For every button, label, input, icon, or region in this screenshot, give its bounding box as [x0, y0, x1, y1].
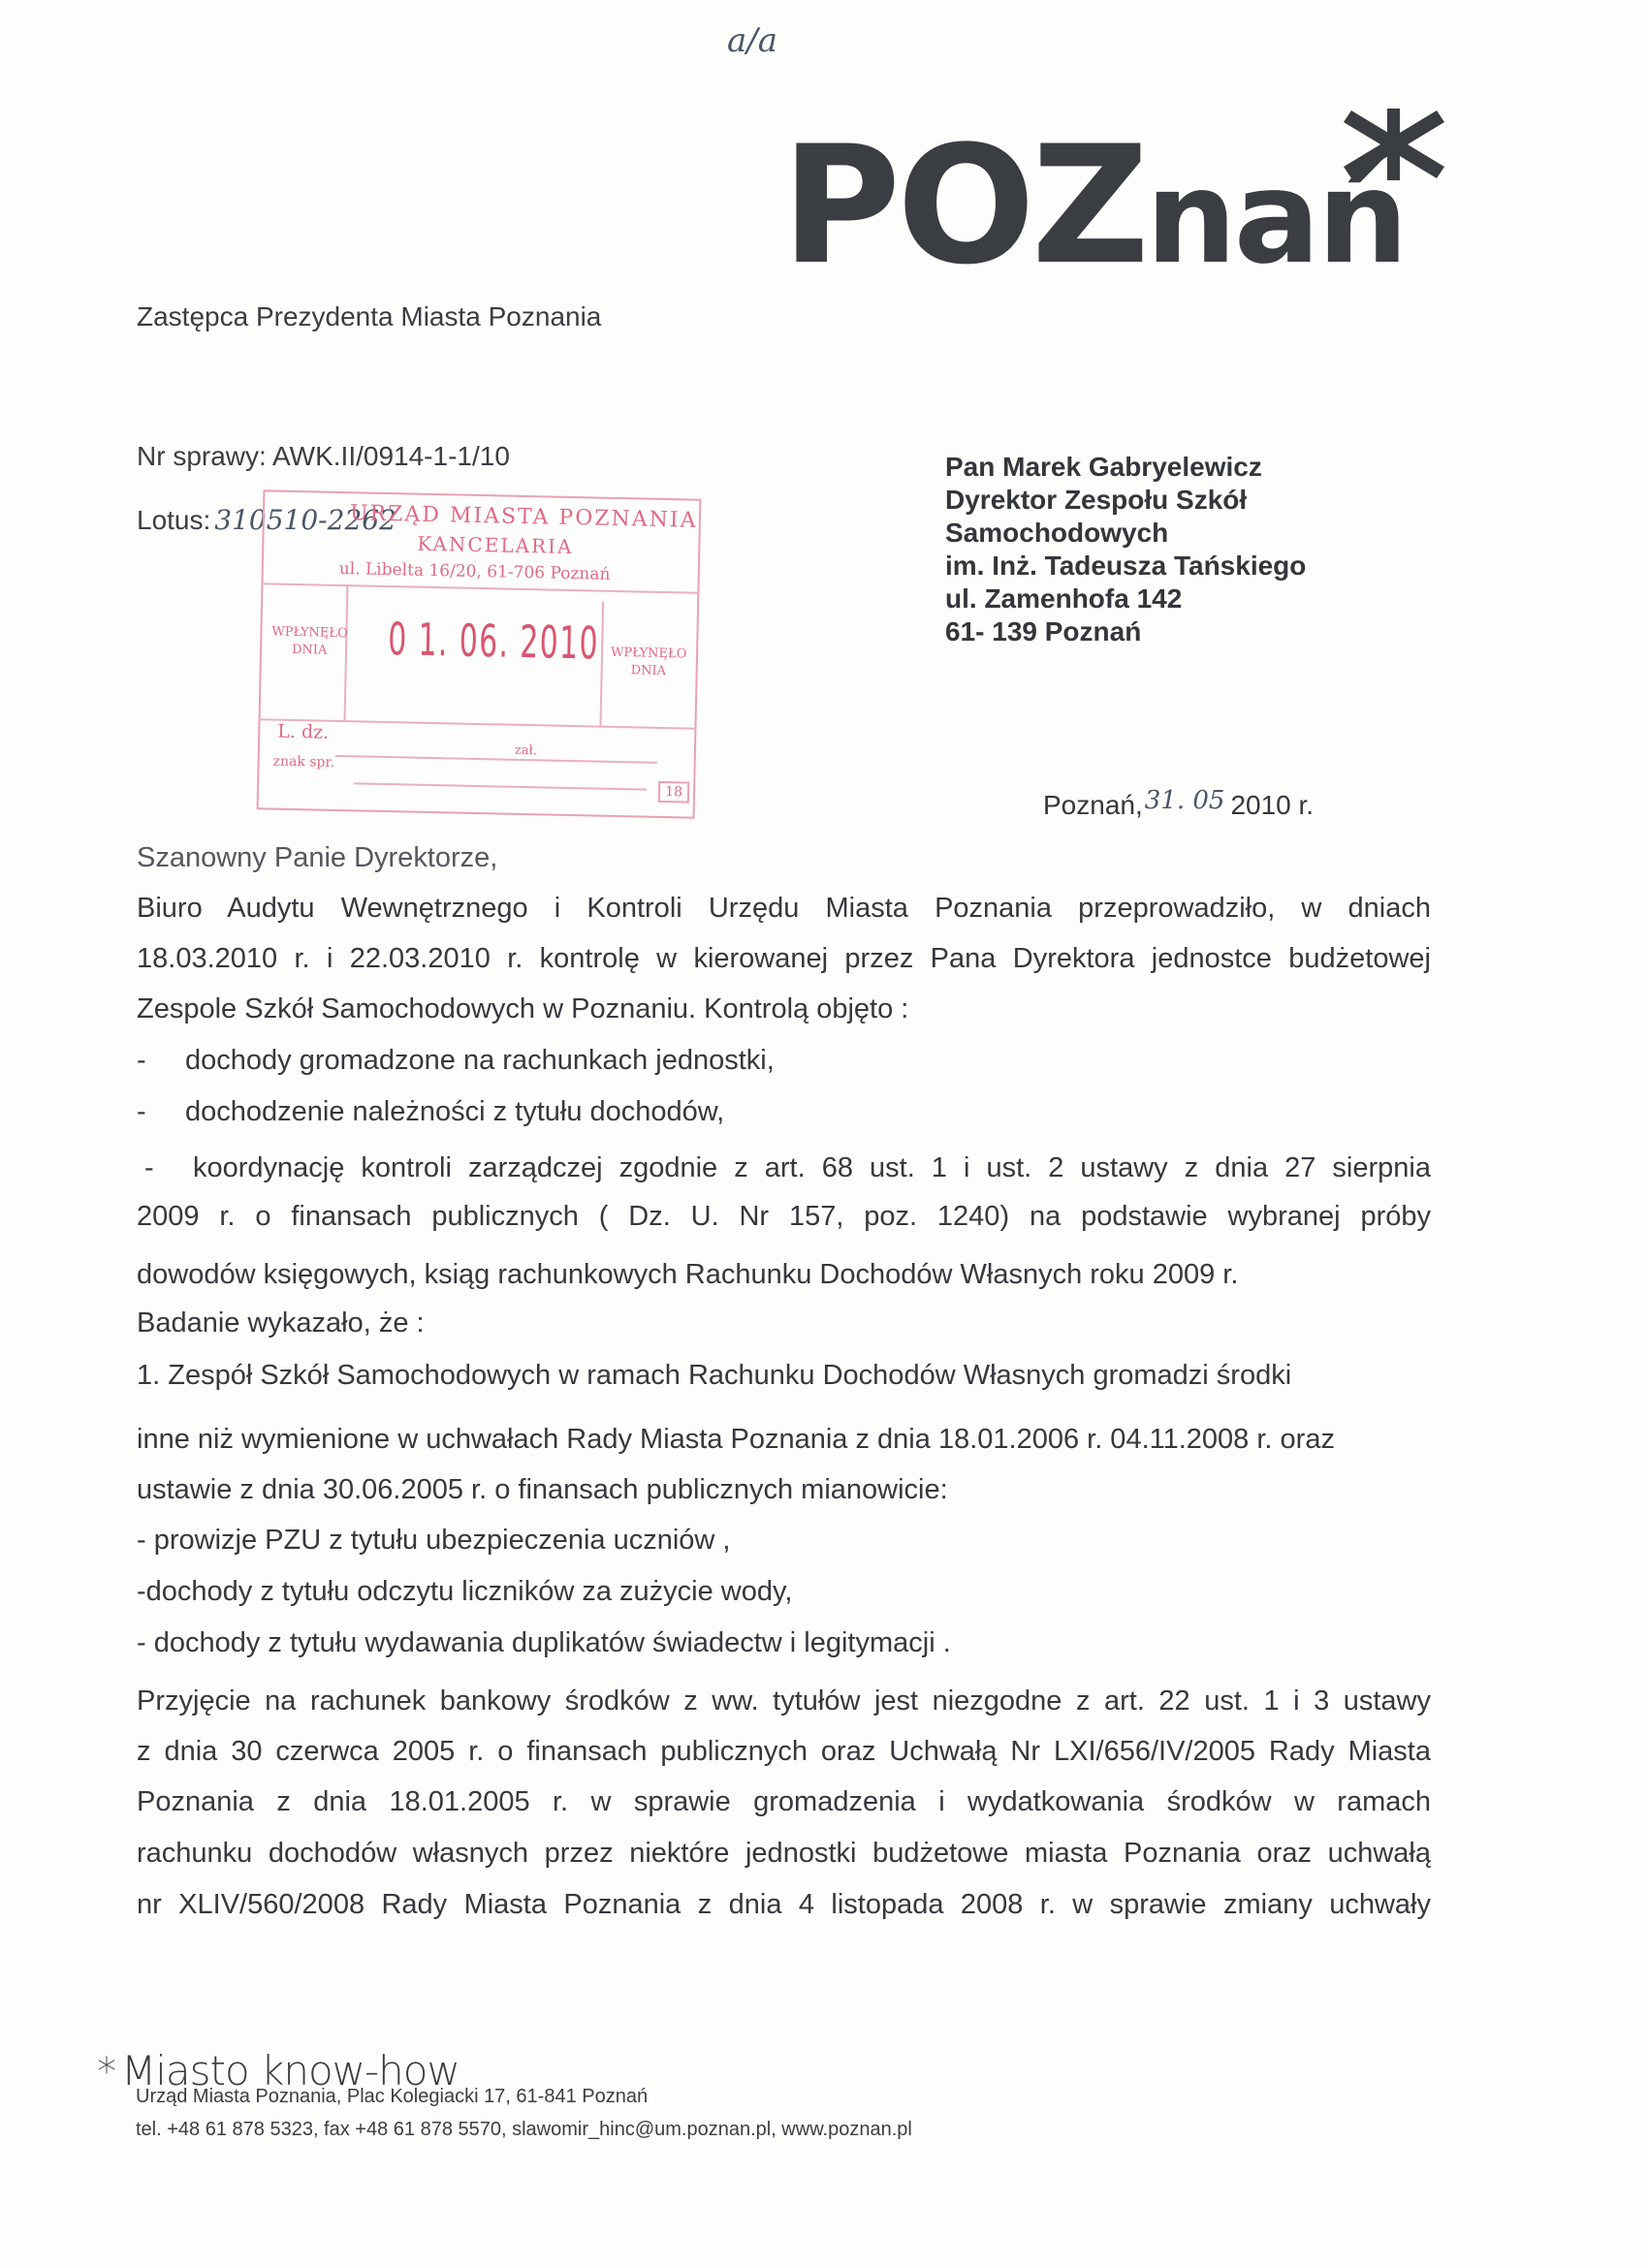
scope-item: -koordynację kontroli zarządczej zgodnie… [137, 1151, 1431, 1184]
body-line: rachunku dochodów własnych przez niektór… [137, 1837, 1431, 1870]
recipient-line: im. Inż. Tadeusza Tańskiego [945, 550, 1306, 583]
income-item: - dochody z tytułu wydawania duplikatów … [137, 1626, 1431, 1659]
recipient-name: Pan Marek Gabryelewicz [945, 451, 1306, 484]
recipient-line: Dyrektor Zespołu Szkół [945, 484, 1306, 517]
body-line: Poznania z dnia 18.01.2005 r. w sprawie … [137, 1785, 1431, 1818]
sender-title: Zastępca Prezydenta Miasta Poznania [137, 301, 601, 332]
footer-address: Urząd Miasta Poznania, Plac Kolegiacki 1… [136, 2086, 648, 2108]
finding-1: 1. Zespół Szkół Samochodowych w ramach R… [137, 1359, 1431, 1392]
body-line: ustawie z dnia 30.06.2005 r. o finansach… [137, 1473, 1431, 1506]
handwritten-annotation: a/a [727, 21, 777, 60]
body-line: z dnia 30 czerwca 2005 r. o finansach pu… [137, 1735, 1431, 1768]
body-line: nr XLIV/560/2008 Rady Miasta Poznania z … [137, 1888, 1431, 1921]
body-line: Biuro Audytu Wewnętrznego i Kontroli Urz… [137, 892, 1431, 925]
case-number: Nr sprawy: AWK.II/0914-1-1/10 [137, 441, 510, 472]
finding-intro: Badanie wykazało, że : [137, 1307, 1431, 1339]
stamp-dept: KANCELARIA [417, 532, 574, 558]
stamp-left-label: WPŁYNĘŁODNIA [271, 624, 348, 661]
letter-date: Poznań,31. 052010 r. [1043, 790, 1314, 821]
income-item: -dochody z tytułu odczytu liczników za z… [137, 1575, 1431, 1608]
body-line: Przyjęcie na rachunek bankowy środków z … [137, 1685, 1431, 1717]
body-line: Zespole Szkół Samochodowych w Poznaniu. … [137, 992, 1431, 1025]
salutation: Szanowny Panie Dyrektorze, [137, 841, 1431, 874]
stamp-date: 0 1. 06. 2010 [388, 613, 600, 670]
stamp-right-label: WPŁYNĘŁODNIA [610, 645, 686, 681]
recipient-city: 61- 139 Poznań [945, 615, 1306, 648]
footer-contact: tel. +48 61 878 5323, fax +48 61 878 557… [136, 2119, 912, 2141]
scope-item: -dochody gromadzone na rachunkach jednos… [137, 1044, 1431, 1077]
stamp-znak: znak spr. [272, 754, 334, 771]
body-line: 2009 r. o finansach publicznych ( Dz. U.… [137, 1200, 1431, 1233]
body-line: 18.03.2010 r. i 22.03.2010 r. kontrolę w… [137, 942, 1431, 975]
scope-item: -dochodzenie należności z tytułu dochodó… [137, 1095, 1431, 1128]
date-handwritten: 31. 05 [1145, 786, 1225, 815]
stamp-ldz: L. dz. [277, 721, 329, 743]
asterisk-icon: * [97, 2050, 115, 2095]
asterisk-icon [1344, 109, 1444, 180]
recipient-street: ul. Zamenhofa 142 [945, 583, 1306, 615]
stamp-number: 18 [658, 781, 689, 803]
logo-caps: POZ [781, 110, 1146, 300]
recipient-address: Pan Marek Gabryelewicz Dyrektor Zespołu … [945, 451, 1306, 648]
body-line: inne niż wymienione w uchwałach Rady Mia… [137, 1423, 1431, 1456]
stamp-zal: zał. [515, 743, 537, 758]
recipient-line: Samochodowych [945, 517, 1306, 550]
body-line: dowodów księgowych, ksiąg rachunkowych R… [137, 1258, 1431, 1291]
case-number-value: AWK.II/0914-1-1/10 [272, 441, 510, 471]
income-item: - prowizje PZU z tytułu ubezpieczenia uc… [137, 1524, 1431, 1557]
lotus-label: Lotus: [137, 505, 210, 535]
registry-stamp: URZĄD MIASTA POZNANIA KANCELARIA ul. Lib… [257, 489, 702, 818]
poznan-logo: POZnań [781, 124, 1406, 287]
case-number-label: Nr sprawy: [137, 441, 267, 471]
